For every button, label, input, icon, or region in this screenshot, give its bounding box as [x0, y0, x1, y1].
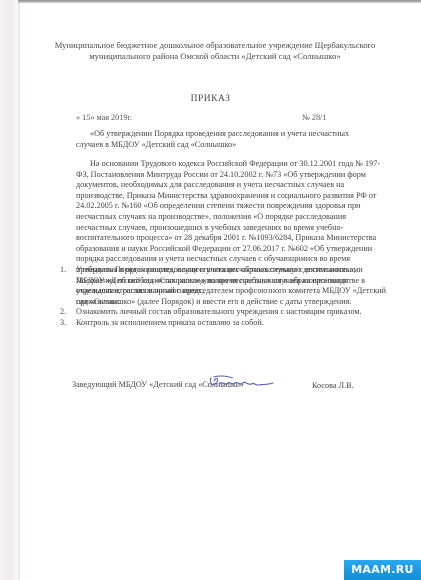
organization-line-2: муниципального района Омской области «Де…	[40, 51, 390, 62]
order-item: 1. Утвердить Порядок расследования и уче…	[60, 265, 390, 307]
order-items: 1. Утвердить Порядок расследования и уче…	[60, 265, 390, 329]
order-number: № 28/1	[302, 113, 326, 122]
item-number: 2.	[60, 307, 66, 318]
organization-header: Муниципальное бюджетное дошкольное образ…	[40, 40, 390, 62]
organization-line-1: Муниципальное бюджетное дошкольное образ…	[40, 40, 390, 51]
signature-block: Заведующий МБДОУ «Детский сад «Солнышко»…	[72, 377, 392, 397]
maam-watermark: MAAM.RU	[344, 560, 421, 580]
signatory-name: Косова Л.В.	[312, 381, 354, 390]
order-date: « 15» мая 2019г.	[76, 113, 132, 122]
item-text: Ознакомить личный состав образовательног…	[76, 307, 362, 316]
order-subject: «Об утверждении Порядка проведения рассл…	[76, 128, 376, 150]
subject-line-2: случаев в МБДОУ «Детский сад «Солнышко»	[76, 140, 236, 149]
document-page: Муниципальное бюджетное дошкольное образ…	[0, 0, 421, 580]
handwritten-signature-icon	[207, 374, 275, 394]
item-text: Утвердить Порядок расследования и учета …	[76, 265, 386, 306]
document-title: ПРИКАЗ	[0, 94, 421, 104]
item-number: 3.	[60, 318, 66, 329]
order-item: 3. Контроль за исполнением приказа остав…	[60, 318, 390, 329]
order-item: 2. Ознакомить личный состав образователь…	[60, 307, 390, 318]
item-text: Контроль за исполнением приказа оставляю…	[76, 318, 264, 327]
item-number: 1.	[60, 265, 66, 276]
subject-line-1: «Об утверждении Порядка проведения рассл…	[76, 128, 376, 139]
